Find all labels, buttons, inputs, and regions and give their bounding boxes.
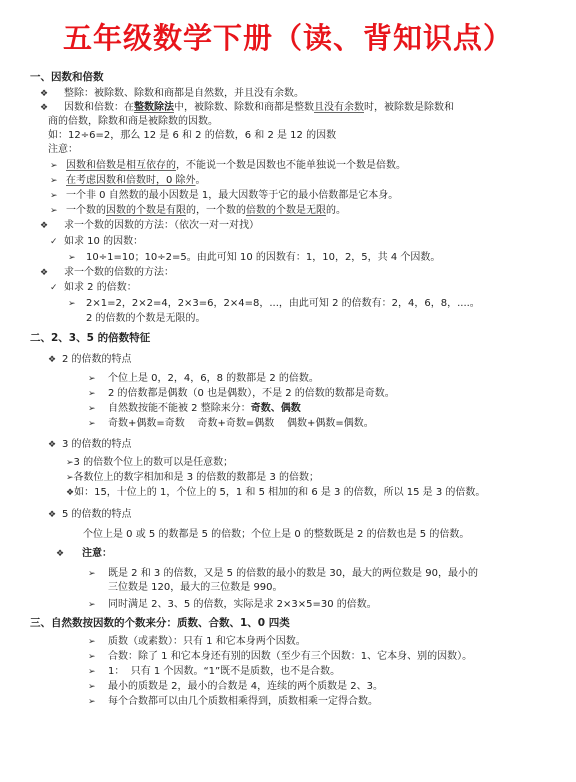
diamond-bullet-icon: ❖	[40, 87, 54, 101]
list-item: ➢奇数+偶数=奇数 奇数+奇数=偶数 偶数+偶数=偶数。	[88, 417, 374, 431]
arrow-bullet-icon: ➢	[88, 372, 102, 386]
list-item: ➢一个数的因数的个数是有限的，一个数的倍数的个数是无限的。	[50, 204, 346, 218]
text-line: 三位数是 120，最大的三位数是 990。	[108, 581, 283, 595]
list-item: ➢每个合数都可以由几个质数相乘得到，质数相乘一定得合数。	[88, 695, 378, 709]
arrow-bullet-icon: ➢	[88, 598, 102, 612]
section-1-heading: 一、因数和倍数	[30, 70, 104, 84]
diamond-bullet-icon: ❖	[66, 486, 74, 500]
section-3-heading: 三、自然数按因数的个数来分：质数、合数、1、0 四类	[30, 616, 290, 630]
diamond-bullet-icon: ❖	[40, 101, 54, 115]
list-item: ➢各数位上的数字相加和是 3 的倍数的数都是 3 的倍数；	[66, 471, 319, 485]
arrow-bullet-icon: ➢	[88, 695, 102, 709]
list-item: ❖求一个数的倍数的方法：	[40, 266, 174, 280]
list-item: ❖5 的倍数的特点	[48, 508, 132, 522]
text-line: 2 的倍数的个数是无限的。	[86, 312, 206, 326]
list-item: ➢一个非 0 自然数的最小因数是 1，最大因数等于它的最小倍数都是它本身。	[50, 189, 398, 203]
arrow-bullet-icon: ➢	[50, 204, 64, 218]
text-line: 如：12÷6=2，那么 12 是 6 和 2 的倍数，6 和 2 是 12 的因…	[48, 129, 336, 143]
list-item: ➢因数和倍数是相互依存的，不能说一个数是因数也不能单独说一个数是倍数。	[50, 159, 406, 173]
list-item: ❖注意：	[56, 547, 112, 561]
list-item: ❖求一个数的因数的方法：（依次一对一对找）	[40, 219, 259, 233]
arrow-bullet-icon: ➢	[88, 680, 102, 694]
list-item: ❖整除：被除数、除数和商都是自然数，并且没有余数。	[40, 87, 304, 101]
list-item: ➢个位上是 0，2，4，6，8 的数都是 2 的倍数。	[88, 372, 319, 386]
arrow-bullet-icon: ➢	[66, 471, 74, 485]
arrow-bullet-icon: ➢	[88, 417, 102, 431]
text-line: 商的倍数，除数和商是被除数的因数。	[48, 115, 218, 129]
list-item: ➢既是 2 和 3 的倍数，又是 5 的倍数的最小的数是 30，最大的两位数是 …	[88, 567, 478, 581]
arrow-bullet-icon: ➢	[88, 402, 102, 416]
list-item: ➢1： 只有 1 个因数。“1”既不是质数，也不是合数。	[88, 665, 340, 679]
list-item: ❖3 的倍数的特点	[48, 438, 132, 452]
list-item: ➢质数（或素数）：只有 1 和它本身两个因数。	[88, 635, 306, 649]
arrow-bullet-icon: ➢	[50, 159, 64, 173]
section-2-heading: 二、2、3、5 的倍数特征	[30, 331, 150, 345]
list-item: ❖2 的倍数的特点	[48, 353, 132, 367]
list-item: ➢合数：除了 1 和它本身还有别的因数（至少有三个因数：1、它本身、别的因数）。	[88, 650, 472, 664]
list-item: ➢在考虑因数和倍数时，0 除外。	[50, 174, 206, 188]
diamond-bullet-icon: ❖	[40, 266, 54, 280]
arrow-bullet-icon: ➢	[88, 567, 102, 581]
diamond-bullet-icon: ❖	[48, 353, 62, 367]
note-label: 注意：	[48, 143, 78, 157]
diamond-bullet-icon: ❖	[40, 219, 54, 233]
list-item: ➢自然数按能不能被 2 整除来分：奇数、偶数	[88, 402, 301, 416]
list-item: ➢2×1=2，2×2=4，2×3=6，2×4=8，...，由此可知 2 的倍数有…	[68, 297, 480, 311]
document-title: 五年级数学下册（读、背知识点）	[0, 18, 576, 58]
list-item: ❖如：15，十位上的 1，个位上的 5，1 和 5 相加的和 6 是 3 的倍数…	[66, 486, 485, 500]
list-item: ✓如求 10 的因数：	[50, 235, 143, 249]
arrow-bullet-icon: ➢	[50, 189, 64, 203]
check-bullet-icon: ✓	[50, 281, 64, 295]
list-item: ❖因数和倍数：在整数除法中，被除数、除数和商都是整数且没有余数时，被除数是除数和	[40, 101, 454, 115]
diamond-bullet-icon: ❖	[48, 438, 62, 452]
arrow-bullet-icon: ➢	[66, 456, 74, 470]
list-item: ➢2 的倍数都是偶数（0 也是偶数），不是 2 的倍数的数都是奇数。	[88, 387, 395, 401]
check-bullet-icon: ✓	[50, 235, 64, 249]
list-item: ➢同时满足 2、3、5 的倍数，实际是求 2×3×5=30 的倍数。	[88, 598, 377, 612]
arrow-bullet-icon: ➢	[88, 650, 102, 664]
arrow-bullet-icon: ➢	[68, 297, 82, 311]
diamond-bullet-icon: ❖	[56, 547, 70, 561]
list-item: ➢10÷1=10；10÷2=5。由此可知 10 的因数有：1，10，2，5，共 …	[68, 251, 440, 265]
arrow-bullet-icon: ➢	[88, 387, 102, 401]
arrow-bullet-icon: ➢	[88, 635, 102, 649]
diamond-bullet-icon: ❖	[48, 508, 62, 522]
list-item: ➢3 的倍数个位上的数可以是任意数；	[66, 456, 233, 470]
list-item: ✓如求 2 的倍数：	[50, 281, 137, 295]
arrow-bullet-icon: ➢	[88, 665, 102, 679]
arrow-bullet-icon: ➢	[68, 251, 82, 265]
text-line: 个位上是 0 或 5 的数都是 5 的倍数；个位上是 0 的整数既是 2 的倍数…	[83, 528, 469, 542]
arrow-bullet-icon: ➢	[50, 174, 64, 188]
list-item: ➢最小的质数是 2，最小的合数是 4，连续的两个质数是 2、3。	[88, 680, 383, 694]
